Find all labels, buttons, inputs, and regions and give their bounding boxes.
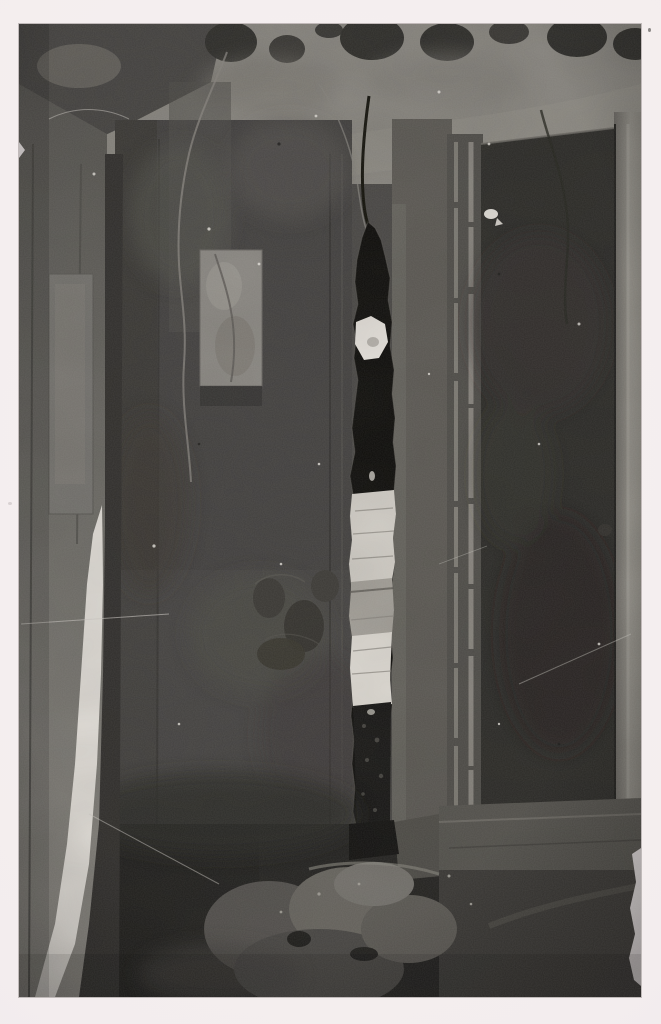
paper-speck xyxy=(648,28,651,32)
paper-speck xyxy=(8,502,12,505)
photo-print xyxy=(19,24,641,997)
photo-artwork xyxy=(19,24,641,997)
scanned-photo-page xyxy=(0,0,661,1024)
film-grain xyxy=(19,24,641,997)
